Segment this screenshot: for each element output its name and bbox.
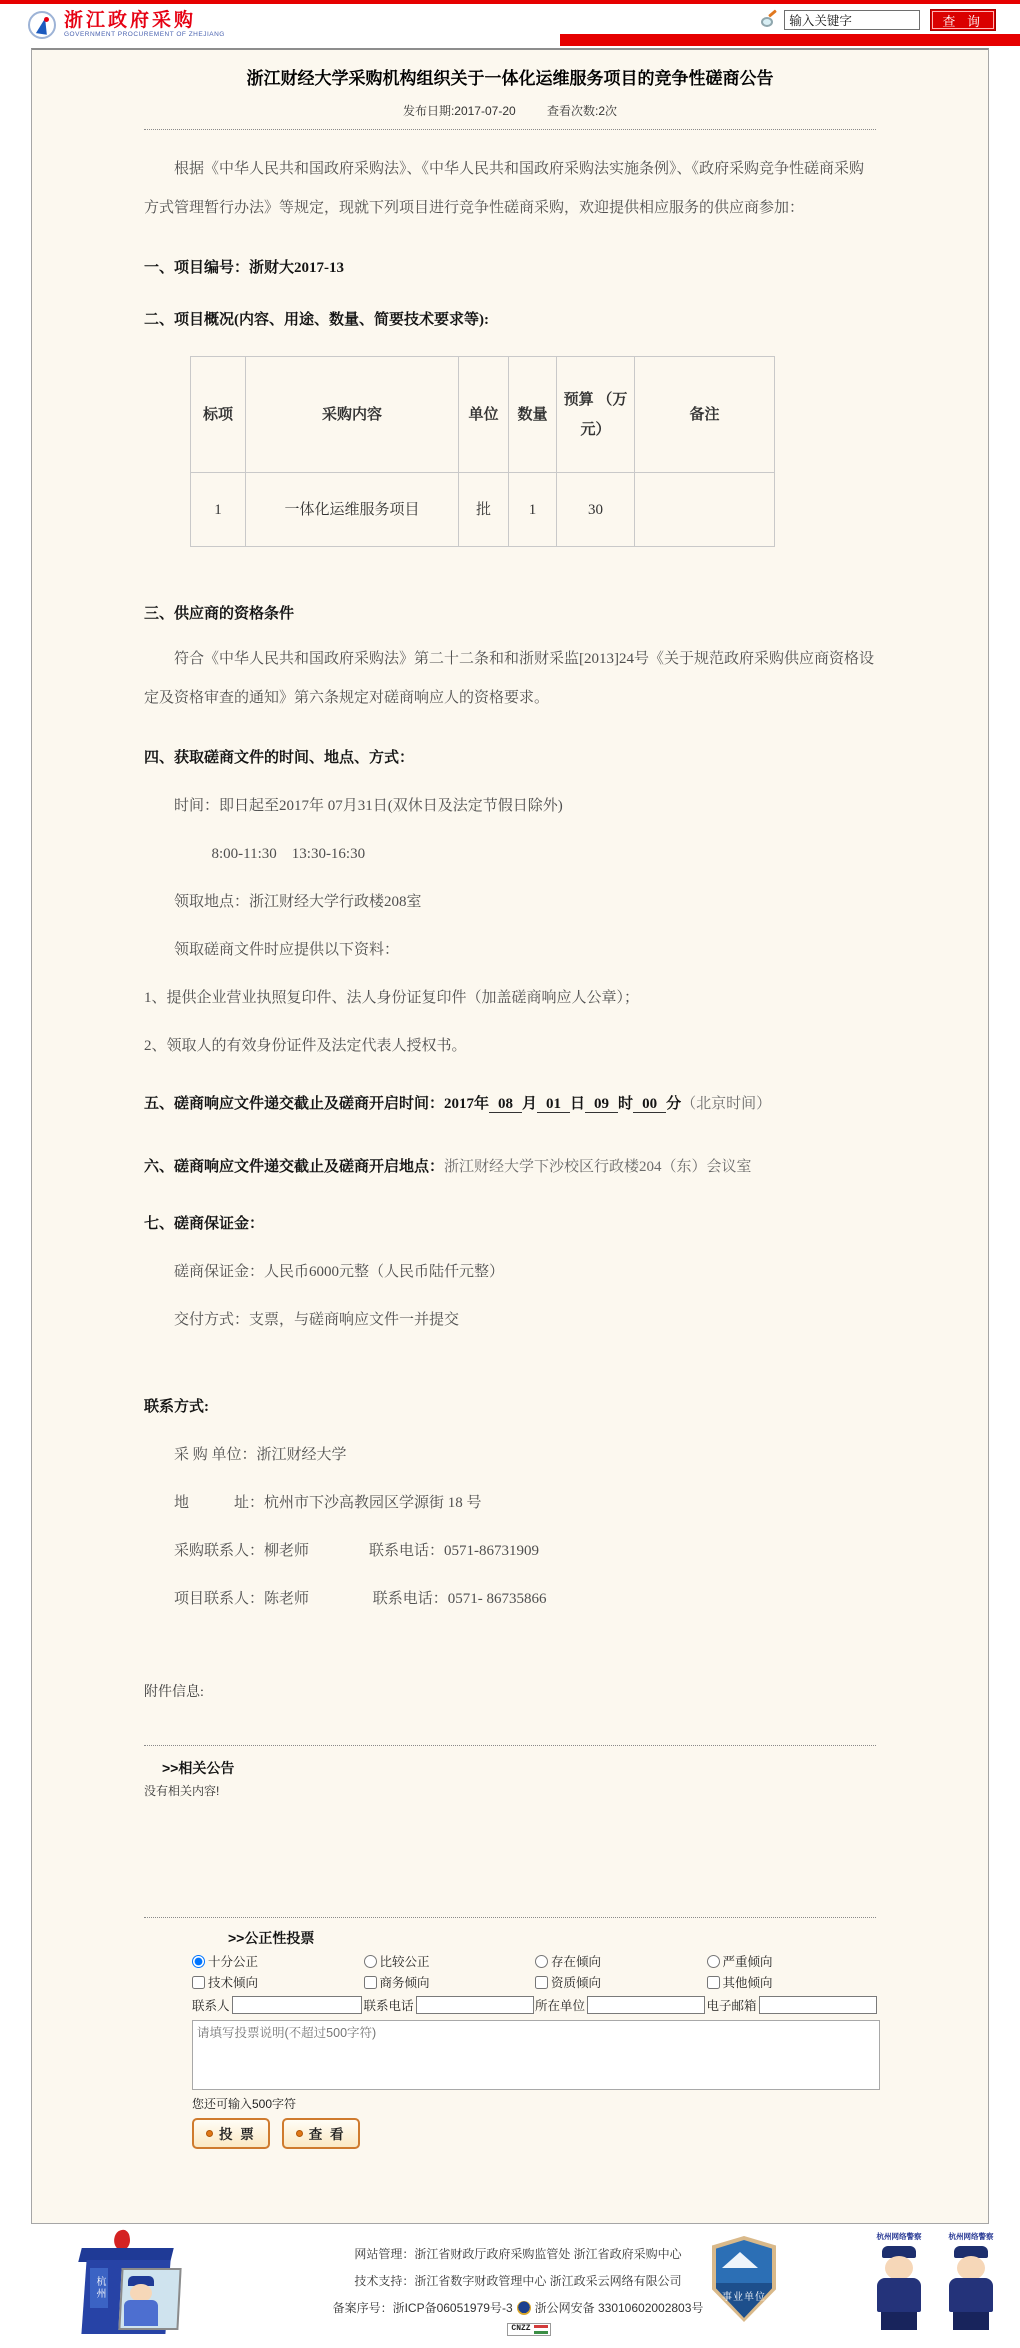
announcement-box: 浙江财经大学采购机构组织关于一体化运维服务项目的竞争性磋商公告 发布日期:201… bbox=[31, 48, 989, 2224]
contact-line: 项目联系人：陈老师 联系电话：0571- 86735866 bbox=[144, 1588, 876, 1611]
related-announcements-title: >>相关公告 bbox=[162, 1758, 988, 1778]
cell-unit: 批 bbox=[459, 473, 509, 547]
contact-phone-input[interactable] bbox=[416, 1996, 534, 2014]
logo-subtitle: GOVERNMENT PROCUREMENT OF ZHEJIANG bbox=[64, 30, 225, 39]
section-2-heading: 二、项目概况(内容、用途、数量、简要技术要求等): bbox=[144, 309, 876, 332]
checkbox-input[interactable] bbox=[707, 1976, 720, 1989]
attachments-label: 附件信息: bbox=[144, 1681, 876, 1701]
booth-sign: 杭州 bbox=[90, 2268, 108, 2308]
shield-label: 事业单位 bbox=[712, 2288, 776, 2303]
section-1-heading: 一、项目编号：浙财大2017-13 bbox=[144, 257, 876, 280]
vote-radio-row: 十分公正 比较公正 存在倾向 严重倾向 bbox=[192, 1952, 878, 1970]
bullet-icon bbox=[296, 2130, 303, 2137]
security-number[interactable]: 浙公网安备 33010602002803号 bbox=[535, 2301, 704, 2315]
radio-input[interactable] bbox=[707, 1955, 720, 1968]
bullet-icon bbox=[206, 2130, 213, 2137]
section-6-heading: 六、磋商响应文件递交截止及磋商开启地点：浙江财经大学下沙校区行政楼204（东）会… bbox=[144, 1150, 876, 1184]
timezone-note: （北京时间） bbox=[681, 1096, 771, 1112]
cell-remark bbox=[635, 473, 775, 547]
contact-line: 地 址：杭州市下沙高教园区学源街 18 号 bbox=[144, 1492, 876, 1515]
radio-fair[interactable]: 比较公正 bbox=[364, 1952, 536, 1970]
deadline-hour: 09 bbox=[585, 1096, 618, 1113]
section-4-time: 时间：即日起至2017年 07月31日(双休日及法定节假日除外) bbox=[144, 795, 876, 818]
char-limit-hint: 您还可输入500字符 bbox=[192, 2095, 878, 2112]
deposit-method: 交付方式：支票，与磋商响应文件一并提交 bbox=[144, 1309, 876, 1332]
project-table: 标项 采购内容 单位 数量 预算 （万 元） 备注 1 一体化运维服务项目 批 … bbox=[190, 356, 775, 547]
hangzhou-police-booth-icon: 杭州 bbox=[62, 2232, 212, 2342]
header-search: 查 询 bbox=[761, 9, 996, 31]
page-footer: 杭州 网站管理：浙江省财政厅政府采购监管处 浙江省政府采购中心 技术支持：浙江省… bbox=[0, 2224, 1020, 2348]
contact-name-label: 联系人 bbox=[192, 1996, 230, 2014]
dotted-divider-vote bbox=[144, 1917, 876, 1918]
logo-title: 浙江政府采购 bbox=[64, 11, 225, 30]
checkbox-tech-bias[interactable]: 技术倾向 bbox=[192, 1973, 364, 1991]
page-title: 浙江财经大学采购机构组织关于一体化运维服务项目的竞争性磋商公告 bbox=[32, 62, 988, 92]
section-4-item1: 1、提供企业营业执照复印件、法人身份证复印件（加盖磋商响应人公章）； bbox=[144, 987, 876, 1010]
vote-title: >>公正性投票 bbox=[228, 1928, 878, 1948]
contact-heading: 联系方式: bbox=[144, 1396, 876, 1419]
logo-sail-icon bbox=[28, 11, 56, 39]
checkbox-input[interactable] bbox=[192, 1976, 205, 1989]
deadline-day: 01 bbox=[537, 1096, 570, 1113]
icp-line: 备案序号：浙ICP备06051979号-3浙公网安备 3301060200280… bbox=[318, 2300, 718, 2336]
section-4-place: 领取地点：浙江财经大学行政楼208室 bbox=[144, 891, 876, 914]
company-input[interactable] bbox=[587, 1996, 705, 2014]
search-input[interactable] bbox=[784, 10, 920, 30]
checkbox-other-bias[interactable]: 其他倾向 bbox=[707, 1973, 879, 1991]
open-location: 浙江财经大学下沙校区行政楼204（东）会议室 bbox=[444, 1159, 752, 1175]
cyber-police-icon[interactable]: 杭州网络警察 bbox=[940, 2232, 1002, 2340]
table-row: 1 一体化运维服务项目 批 1 30 bbox=[191, 473, 775, 547]
view-count: 查看次数:2次 bbox=[547, 104, 617, 118]
radio-very-fair[interactable]: 十分公正 bbox=[192, 1952, 364, 1970]
vote-view-button[interactable]: 查 看 bbox=[282, 2118, 360, 2149]
checkbox-input[interactable] bbox=[535, 1976, 548, 1989]
section-7-heading: 七、磋商保证金： bbox=[144, 1213, 876, 1236]
cell-qty: 1 bbox=[509, 473, 557, 547]
deposit-amount: 磋商保证金：人民币6000元整（人民币陆仟元整） bbox=[144, 1261, 876, 1284]
dotted-divider-top bbox=[144, 129, 876, 130]
site-logo[interactable]: 浙江政府采购 GOVERNMENT PROCUREMENT OF ZHEJIAN… bbox=[0, 4, 560, 46]
radio-serious-bias[interactable]: 严重倾向 bbox=[707, 1952, 879, 1970]
search-button[interactable]: 查 询 bbox=[930, 9, 996, 31]
related-empty-text: 没有相关内容! bbox=[144, 1782, 988, 1799]
col-header: 预算 （万 元） bbox=[557, 357, 635, 473]
radio-input[interactable] bbox=[535, 1955, 548, 1968]
announcement-body: 根据《中华人民共和国政府采购法》、《中华人民共和国政府采购法实施条例》、《政府采… bbox=[32, 150, 988, 1701]
radio-input[interactable] bbox=[364, 1955, 377, 1968]
footer-info: 网站管理：浙江省财政厅政府采购监管处 浙江省政府采购中心 技术支持：浙江省数字财… bbox=[318, 2238, 718, 2336]
dotted-divider-related bbox=[144, 1745, 876, 1746]
section-4-hours: 8:00-11:30 13:30-16:30 bbox=[144, 843, 876, 866]
public-institution-shield-icon[interactable]: 事业单位 bbox=[712, 2236, 776, 2322]
contact-name-input[interactable] bbox=[232, 1996, 362, 2014]
cell-item-no: 1 bbox=[191, 473, 246, 547]
col-header: 数量 bbox=[509, 357, 557, 473]
radio-some-bias[interactable]: 存在倾向 bbox=[535, 1952, 707, 1970]
vote-fields-row: 联系人 联系电话 所在单位 电子邮箱 bbox=[192, 1996, 878, 2014]
intro-paragraph: 根据《中华人民共和国政府采购法》、《中华人民共和国政府采购法实施条例》、《政府采… bbox=[144, 150, 876, 228]
col-header: 单位 bbox=[459, 357, 509, 473]
col-header: 备注 bbox=[635, 357, 775, 473]
section-4-docs: 领取磋商文件时应提供以下资料： bbox=[144, 939, 876, 962]
public-security-badge-icon bbox=[517, 2301, 531, 2315]
fairness-vote-form: >>公正性投票 十分公正 比较公正 存在倾向 严重倾向 技术倾向 商务倾向 资质… bbox=[32, 1928, 988, 2149]
vote-submit-button[interactable]: 投 票 bbox=[192, 2118, 270, 2149]
checkbox-qualification-bias[interactable]: 资质倾向 bbox=[535, 1973, 707, 1991]
section-4-heading: 四、获取磋商文件的时间、地点、方式： bbox=[144, 747, 876, 770]
contact-line: 采 购 单位：浙江财经大学 bbox=[144, 1444, 876, 1467]
section-5-heading: 五、磋商响应文件递交截止及磋商开启时间：2017年08月01日09时00分（北京… bbox=[144, 1087, 876, 1121]
doc-meta: 发布日期:2017-07-20 查看次数:2次 bbox=[32, 102, 988, 119]
vote-checkbox-row: 技术倾向 商务倾向 资质倾向 其他倾向 bbox=[192, 1973, 878, 1991]
checkbox-business-bias[interactable]: 商务倾向 bbox=[364, 1973, 536, 1991]
cyber-police-icon[interactable]: 杭州网络警察 bbox=[868, 2232, 930, 2340]
cyber-police-banner: 杭州网络警察 bbox=[868, 2232, 930, 2242]
vote-buttons: 投 票 查 看 bbox=[192, 2118, 878, 2149]
cnzz-stats-badge[interactable]: CNZZ bbox=[507, 2323, 550, 2336]
cyber-police-banner: 杭州网络警察 bbox=[940, 2232, 1002, 2242]
section-3-heading: 三、供应商的资格条件 bbox=[144, 603, 876, 626]
cnzz-flag-icon bbox=[534, 2325, 548, 2334]
section-4-item2: 2、领取人的有效身份证件及法定代表人授权书。 bbox=[144, 1035, 876, 1058]
deadline-minute: 00 bbox=[633, 1096, 666, 1113]
checkbox-input[interactable] bbox=[364, 1976, 377, 1989]
col-header: 采购内容 bbox=[246, 357, 459, 473]
deadline-month: 08 bbox=[489, 1096, 522, 1113]
site-management-line: 网站管理：浙江省财政厅政府采购监管处 浙江省政府采购中心 bbox=[318, 2246, 718, 2262]
mountain-icon bbox=[722, 2252, 758, 2268]
cell-budget: 30 bbox=[557, 473, 635, 547]
cyber-police-badges: 杭州网络警察 杭州网络警察 bbox=[868, 2232, 1002, 2340]
table-header-row: 标项 采购内容 单位 数量 预算 （万 元） 备注 bbox=[191, 357, 775, 473]
icp-number[interactable]: 备案序号：浙ICP备06051979号-3 bbox=[333, 2301, 513, 2315]
company-label: 所在单位 bbox=[535, 1996, 585, 2014]
contact-line: 采购联系人：柳老师 联系电话：0571-86731909 bbox=[144, 1540, 876, 1563]
vote-comment-textarea[interactable] bbox=[192, 2020, 880, 2090]
cell-content: 一体化运维服务项目 bbox=[246, 473, 459, 547]
section-3-body: 符合《中华人民共和国政府采购法》第二十二条和和浙财采监[2013]24号《关于规… bbox=[144, 640, 876, 718]
contact-phone-label: 联系电话 bbox=[364, 1996, 414, 2014]
email-label: 电子邮箱 bbox=[707, 1996, 757, 2014]
email-input[interactable] bbox=[759, 1996, 877, 2014]
search-icon bbox=[761, 14, 776, 27]
tech-support-line: 技术支持：浙江省数字财政管理中心 浙江政采云网络有限公司 bbox=[318, 2273, 718, 2289]
top-header: 浙江政府采购 GOVERNMENT PROCUREMENT OF ZHEJIAN… bbox=[0, 0, 1020, 46]
publish-date: 发布日期:2017-07-20 bbox=[403, 104, 516, 118]
col-header: 标项 bbox=[191, 357, 246, 473]
radio-input[interactable] bbox=[192, 1955, 205, 1968]
